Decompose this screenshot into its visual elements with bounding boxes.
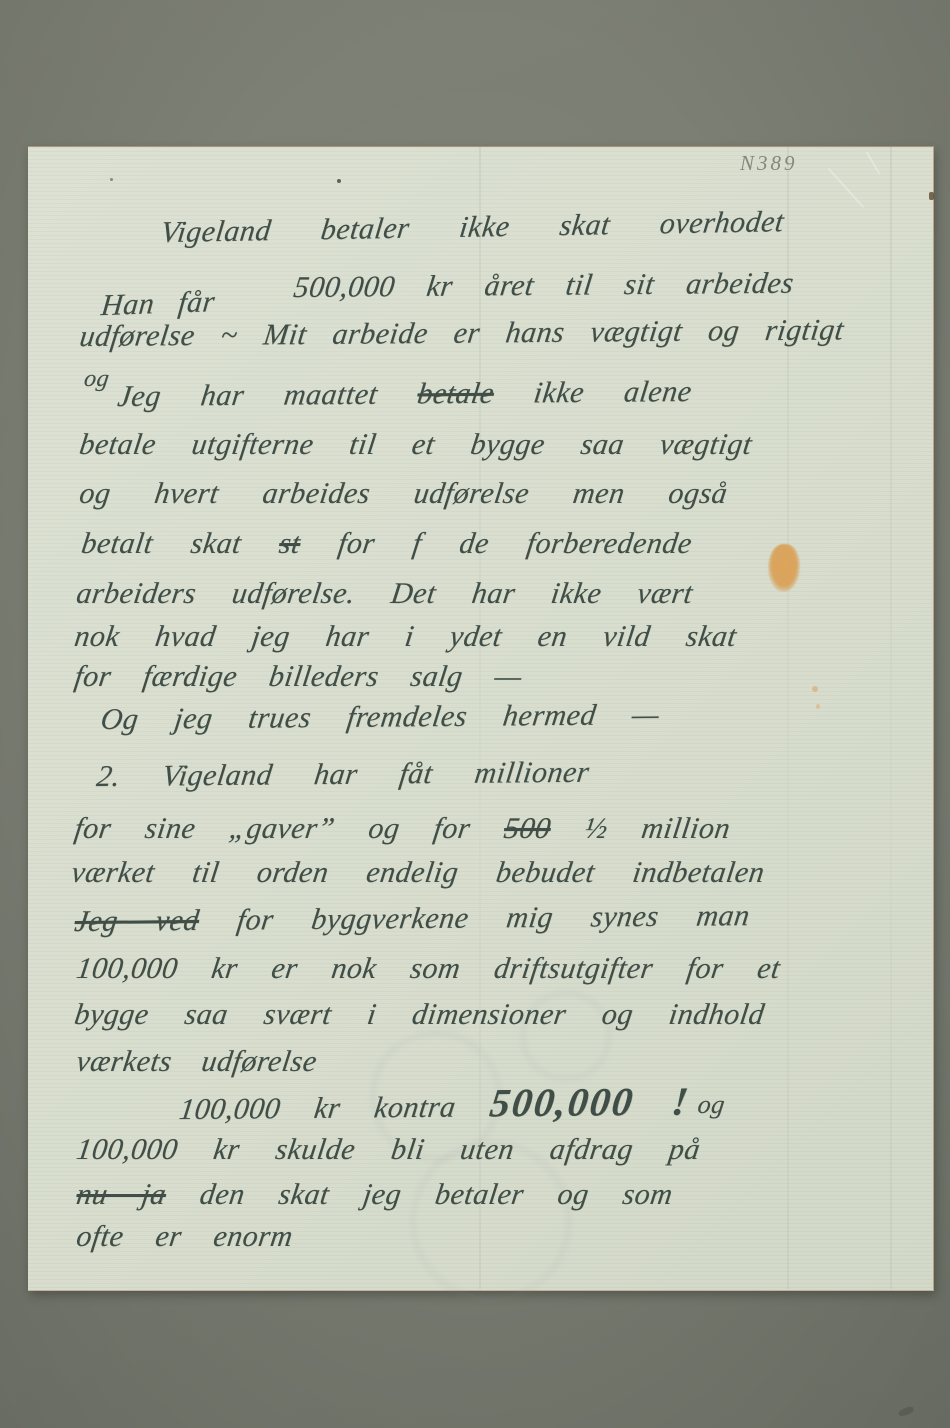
handwriting-line-10: arbeiders udførelse. Det har ikke vært — [74, 577, 695, 611]
handwriting-text: arbeiders udførelse. Det har ikke vært — [74, 577, 695, 610]
handwriting-text: bygge saa svært i dimensioner og indhold — [72, 998, 766, 1031]
handwriting-line-1: Vigeland betaler ikke skat overhodet — [159, 205, 786, 250]
scanned-manuscript-photo: { "page": { "archive_label": "N389", "ba… — [0, 0, 950, 1428]
handwriting-line-16: værket til orden endelig bebudet indbeta… — [69, 856, 767, 890]
struck-word: nu ja — [74, 1178, 168, 1211]
handwriting-text: Han får — [100, 285, 217, 322]
handwriting-text: for færdige billeders salg — — [72, 660, 524, 693]
handwriting-line-25: ofte er enorm — [74, 1220, 295, 1254]
handwriting-text: 500,000 kr året til sit arbeides — [292, 267, 796, 304]
handwriting-line-9: betalt skat st for f de forberedende — [79, 527, 694, 561]
handwriting-text: betale utgifterne til et bygge saa vægti… — [77, 428, 754, 461]
handwriting-text: ikke alene — [492, 375, 694, 410]
handwriting-text: nok hvad jeg har i ydet en vild skat — [72, 620, 739, 653]
handwriting-line-7: betale utgifterne til et bygge saa vægti… — [77, 428, 754, 462]
paper-edge-notch — [929, 192, 934, 200]
handwriting-text: Vigeland betaler ikke skat overhodet — [159, 205, 786, 249]
handwriting-text: og — [82, 366, 111, 392]
stain-speck — [812, 686, 818, 692]
handwriting-line-24: nu ja den skat jeg betaler og som — [74, 1178, 675, 1212]
handwriting-text: og — [696, 1090, 727, 1119]
handwriting-line-22: og — [696, 1090, 727, 1120]
handwriting-line-18: 100,000 kr er nok som driftsutgifter for… — [74, 952, 782, 986]
handwriting-line-15: for sine „gaver” og for 500 ½ million — [72, 812, 732, 846]
handwriting-line-8: og hvert arbeides udførelse men også — [77, 477, 729, 511]
handwriting-line-11: nok hvad jeg har i ydet en vild skat — [72, 620, 739, 654]
handwriting-layer: Vigeland betaler ikke skat overhodetHan … — [0, 0, 950, 1428]
handwriting-text: 500,000 ! — [487, 1079, 693, 1126]
struck-word: betale — [415, 377, 496, 411]
handwriting-line-21: 100,000 kr kontra 500,000 ! — [177, 1078, 693, 1130]
handwriting-line-23: 100,000 kr skulde bli uten afdrag på — [74, 1133, 702, 1167]
ink-speck — [337, 179, 341, 183]
handwriting-text: for f de forberedende — [298, 527, 694, 560]
handwriting-line-6: Jeg har maattet betale ikke alene — [116, 375, 694, 414]
handwriting-line-17: Jeg ved for byggverkene mig synes man — [73, 899, 752, 939]
handwriting-line-2: Han får — [99, 285, 216, 323]
handwriting-text: Jeg har maattet — [116, 377, 420, 413]
handwriting-text: for sine „gaver” og for — [72, 812, 506, 845]
handwriting-text: og hvert arbeides udførelse men også — [77, 477, 729, 510]
struck-word: 500 — [502, 812, 553, 845]
handwriting-line-14: 2. Vigeland har fåt millioner — [95, 756, 592, 794]
handwriting-text: ½ million — [548, 812, 732, 845]
handwriting-line-20: værkets udførelse — [74, 1045, 319, 1079]
ink-speck — [110, 178, 113, 181]
handwriting-text: 100,000 kr kontra — [177, 1090, 492, 1126]
struck-word: Jeg ved — [73, 904, 202, 938]
handwriting-text: 100,000 kr er nok som driftsutgifter for… — [74, 952, 782, 985]
handwriting-text: for byggverkene mig synes man — [197, 899, 752, 937]
handwriting-text: ofte er enorm — [74, 1220, 295, 1253]
handwriting-text: værket til orden endelig bebudet indbeta… — [69, 856, 766, 889]
stain-speck — [816, 704, 820, 709]
handwriting-text: 2. Vigeland har fåt millioner — [95, 756, 592, 793]
handwriting-line-3: 500,000 kr året til sit arbeides — [292, 267, 796, 305]
handwriting-text: 100,000 kr skulde bli uten afdrag på — [74, 1133, 702, 1166]
handwriting-text: udførelse ~ Mit arbeide er hans vægtigt … — [78, 313, 846, 353]
handwriting-text: den skat jeg betaler og som — [164, 1178, 675, 1211]
handwriting-line-13: Og jeg trues fremdeles hermed — — [99, 698, 662, 737]
handwriting-line-4: udførelse ~ Mit arbeide er hans vægtigt … — [78, 313, 847, 354]
handwriting-line-19: bygge saa svært i dimensioner og indhold — [72, 998, 766, 1032]
handwriting-line-5: og — [82, 366, 111, 393]
handwriting-text: værkets udførelse — [74, 1045, 319, 1078]
handwriting-text: Og jeg trues fremdeles hermed — — [99, 698, 662, 736]
handwriting-line-12: for færdige billeders salg — — [72, 660, 524, 694]
handwriting-text: betalt skat — [79, 527, 281, 560]
